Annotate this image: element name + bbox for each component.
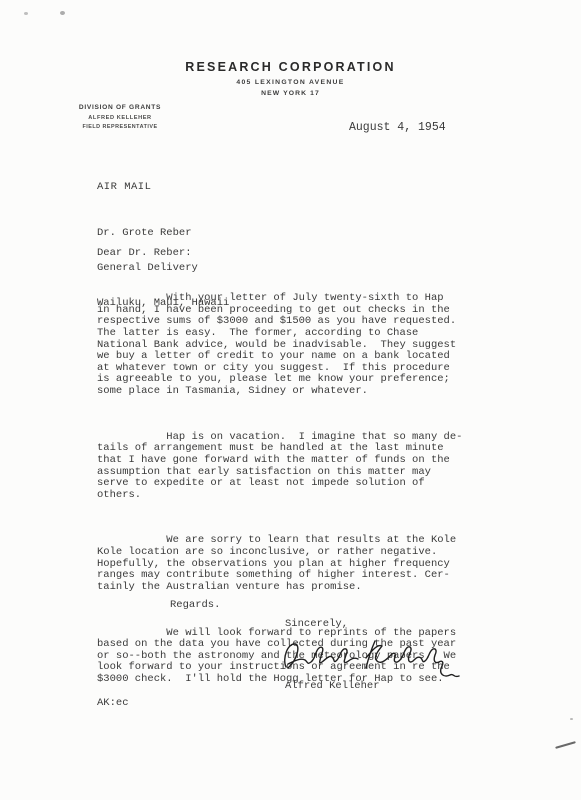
company-name: RESEARCH CORPORATION	[0, 60, 581, 74]
recipient-name: Dr. Grote Reber	[97, 228, 229, 240]
division-block: DIVISION OF GRANTS ALFRED KELLEHER FIELD…	[55, 104, 185, 130]
salutation: Dear Dr. Reber:	[97, 248, 192, 260]
representative-title: FIELD REPRESENTATIVE	[55, 124, 185, 130]
paragraph-3: We are sorry to learn that results at th…	[97, 535, 469, 593]
division-name: DIVISION OF GRANTS	[55, 104, 185, 111]
reference-initials: AK:ec	[97, 698, 129, 710]
company-address-city: NEW YORK 17	[0, 90, 581, 97]
sender-typed-name: Alfred Kelleher	[285, 681, 380, 693]
pen-mark	[555, 741, 576, 749]
scan-speck	[570, 718, 573, 720]
paragraph-2: Hap is on vacation. I imagine that so ma…	[97, 432, 469, 502]
letter-date: August 4, 1954	[349, 122, 446, 134]
letter-page: RESEARCH CORPORATION 405 LEXINGTON AVENU…	[0, 0, 581, 800]
letterhead: RESEARCH CORPORATION 405 LEXINGTON AVENU…	[0, 60, 581, 97]
scan-speck	[60, 11, 65, 15]
paragraph-1: With your letter of July twenty-sixth to…	[97, 293, 469, 397]
mail-class-label: AIR MAIL	[97, 182, 151, 194]
scan-speck	[24, 12, 28, 15]
handwritten-signature	[278, 634, 473, 684]
closing-regards: Regards.	[170, 600, 220, 612]
representative-name: ALFRED KELLEHER	[55, 115, 185, 121]
closing-sincerely: Sincerely,	[285, 619, 348, 631]
company-address-street: 405 LEXINGTON AVENUE	[0, 79, 581, 86]
